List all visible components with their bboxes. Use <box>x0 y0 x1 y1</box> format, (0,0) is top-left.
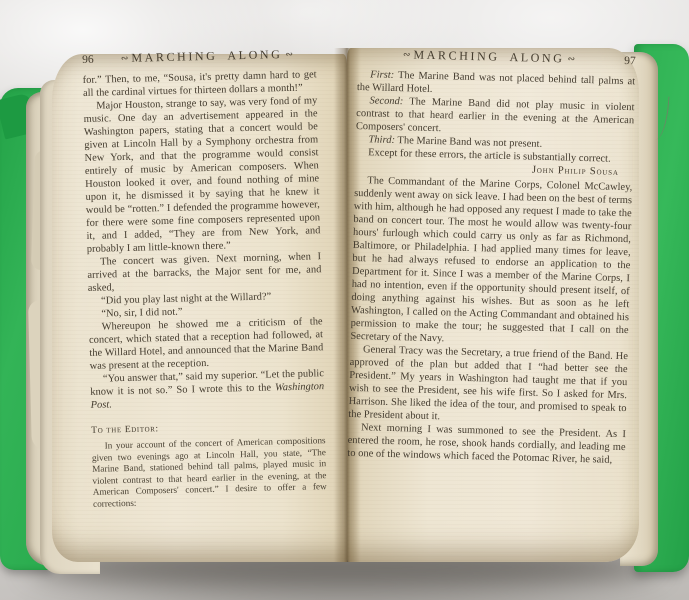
right-running-head-label: MARCHING ALONG <box>413 47 564 65</box>
left-page-number: 96 <box>82 54 94 66</box>
left-running-head-label: MARCHING ALONG <box>131 47 282 65</box>
letter-body: In your account of the concert of Americ… <box>92 435 328 510</box>
correction-lead: Third: <box>368 134 395 146</box>
fleuron-icon: ∾ <box>282 50 296 60</box>
right-page-number: 97 <box>624 55 636 67</box>
letter-salutation: To the Editor: <box>91 419 325 436</box>
paragraph: Next morning I was summoned to see the P… <box>347 421 626 467</box>
right-page-text: ∾MARCHING ALONG∾ 97 First: The Marine Ba… <box>347 46 636 467</box>
paragraph: Whereupon he showed me a criticism of th… <box>89 315 324 373</box>
correction-lead: First: <box>370 69 394 81</box>
left-running-head-row: 96 ∾MARCHING ALONG∾ <box>82 46 316 67</box>
paragraph: The concert was given. Next morning, whe… <box>87 250 322 295</box>
paragraph: Major Houston, strange to say, was very … <box>83 94 321 256</box>
correction-lead: Second: <box>369 95 403 107</box>
paragraph: General Tracy was the Secretary, a true … <box>348 343 628 428</box>
left-running-head: ∾MARCHING ALONG∾ <box>97 46 316 66</box>
book-photo: 96 ∾MARCHING ALONG∾ for.” Then, to me, “… <box>0 0 689 600</box>
fleuron-icon: ∾ <box>400 50 414 60</box>
correction-text: The Marine Band was not placed behind ta… <box>357 70 636 95</box>
letter-block: To the Editor: In your account of the co… <box>91 419 327 510</box>
fleuron-icon: ∾ <box>564 54 578 64</box>
fleuron-icon: ∾ <box>118 54 132 64</box>
left-page-text: 96 ∾MARCHING ALONG∾ for.” Then, to me, “… <box>82 46 327 510</box>
paragraph: The Commandant of the Marine Corps, Colo… <box>350 174 632 350</box>
paragraph: “You answer that,” said my superior. “Le… <box>90 367 325 412</box>
